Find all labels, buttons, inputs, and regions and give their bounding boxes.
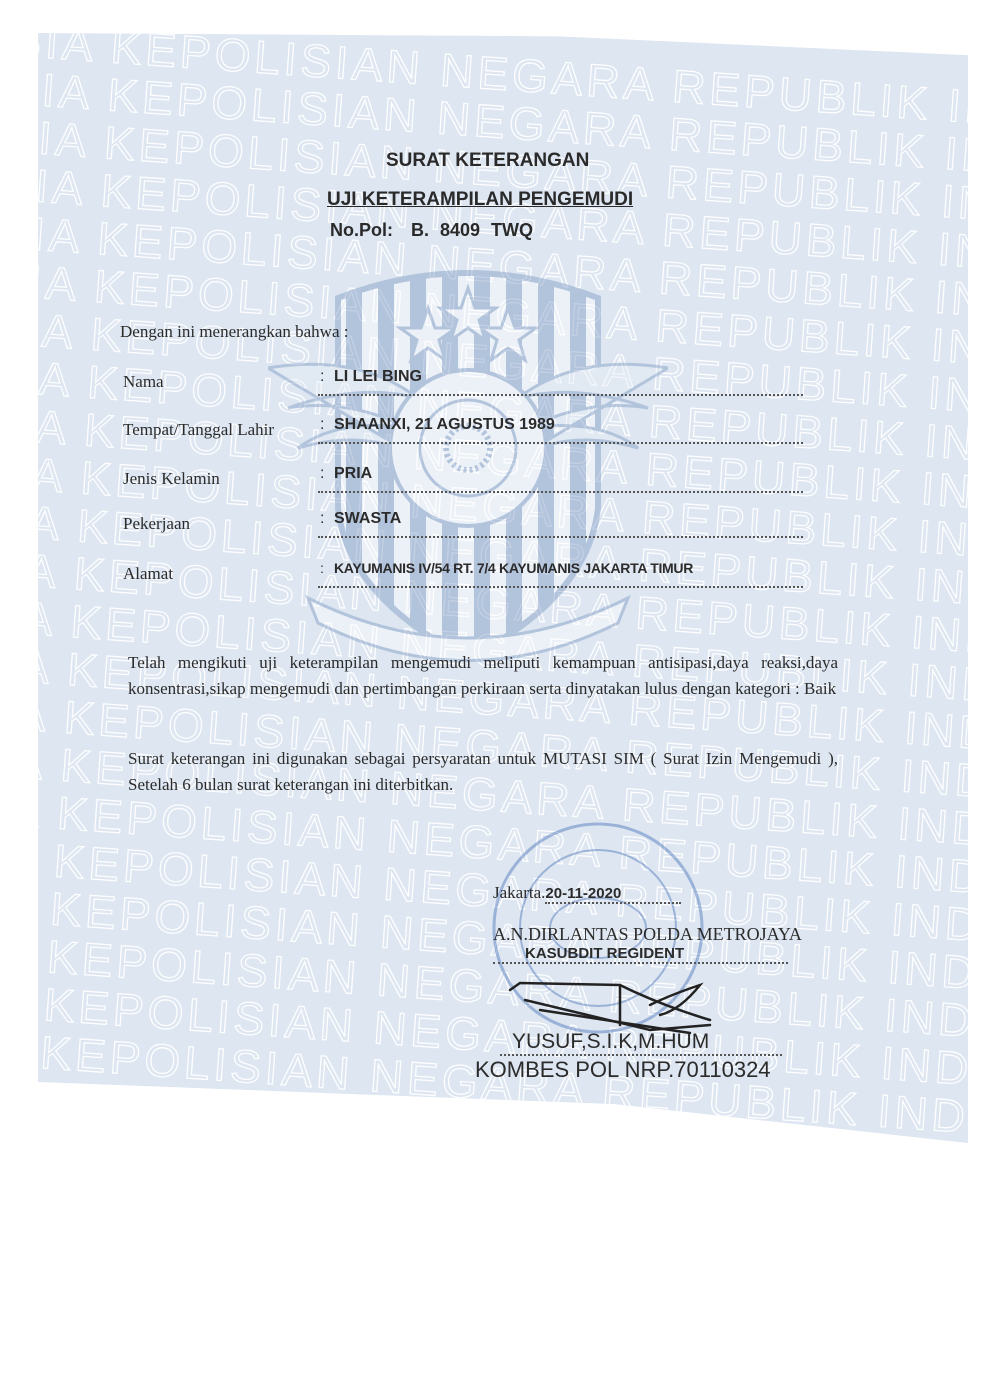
signatory-rank: KOMBES POL NRP.70110324 <box>475 1057 771 1083</box>
field-row-birth: Tempat/Tanggal Lahir SHAANXI, 21 AGUSTUS… <box>123 416 803 446</box>
field-row-address: Alamat KAYUMANIS IV/54 RT. 7/4 KAYUMANIS… <box>123 560 803 590</box>
field-value: LI LEI BING <box>318 368 803 396</box>
field-label: Alamat <box>123 564 173 584</box>
signing-place: Jakarta. <box>493 883 545 902</box>
signing-position: KASUBDIT REGIDENT <box>493 945 788 964</box>
field-value: KAYUMANIS IV/54 RT. 7/4 KAYUMANIS JAKART… <box>318 560 803 588</box>
body-paragraph-1: Telah mengikuti uji keterampilan mengemu… <box>128 650 838 702</box>
handwritten-signature <box>500 975 730 1035</box>
signing-place-date: Jakarta.20-11-2020 <box>493 883 681 903</box>
field-row-gender: Jenis Kelamin PRIA <box>123 465 803 495</box>
signing-date: 20-11-2020 <box>545 885 681 904</box>
nopol-label: No.Pol: <box>330 220 393 240</box>
field-value: SHAANXI, 21 AGUSTUS 1989 <box>318 416 803 444</box>
field-value: PRIA <box>318 465 803 493</box>
field-label: Nama <box>123 372 164 392</box>
field-row-occupation: Pekerjaan SWASTA <box>123 510 803 540</box>
field-label: Tempat/Tanggal Lahir <box>123 420 274 440</box>
field-label: Jenis Kelamin <box>123 469 220 489</box>
field-value: SWASTA <box>318 510 803 538</box>
vehicle-plate-line: No.Pol:B. 8409 TWQ <box>330 220 533 241</box>
signatory-name: YUSUF,S.I.K,M.HUM <box>500 1030 782 1056</box>
field-label: Pekerjaan <box>123 514 190 534</box>
field-row-name: Nama LI LEI BING <box>123 368 803 398</box>
signing-office: A.N.DIRLANTAS POLDA METROJAYA <box>493 924 802 945</box>
nopol-value: B. 8409 TWQ <box>411 220 533 240</box>
document-title: SURAT KETERANGAN <box>386 150 589 172</box>
intro-text: Dengan ini menerangkan bahwa : <box>120 322 348 342</box>
document-subtitle: UJI KETERAMPILAN PENGEMUDI <box>327 189 633 211</box>
body-paragraph-2: Surat keterangan ini digunakan sebagai p… <box>128 746 838 798</box>
